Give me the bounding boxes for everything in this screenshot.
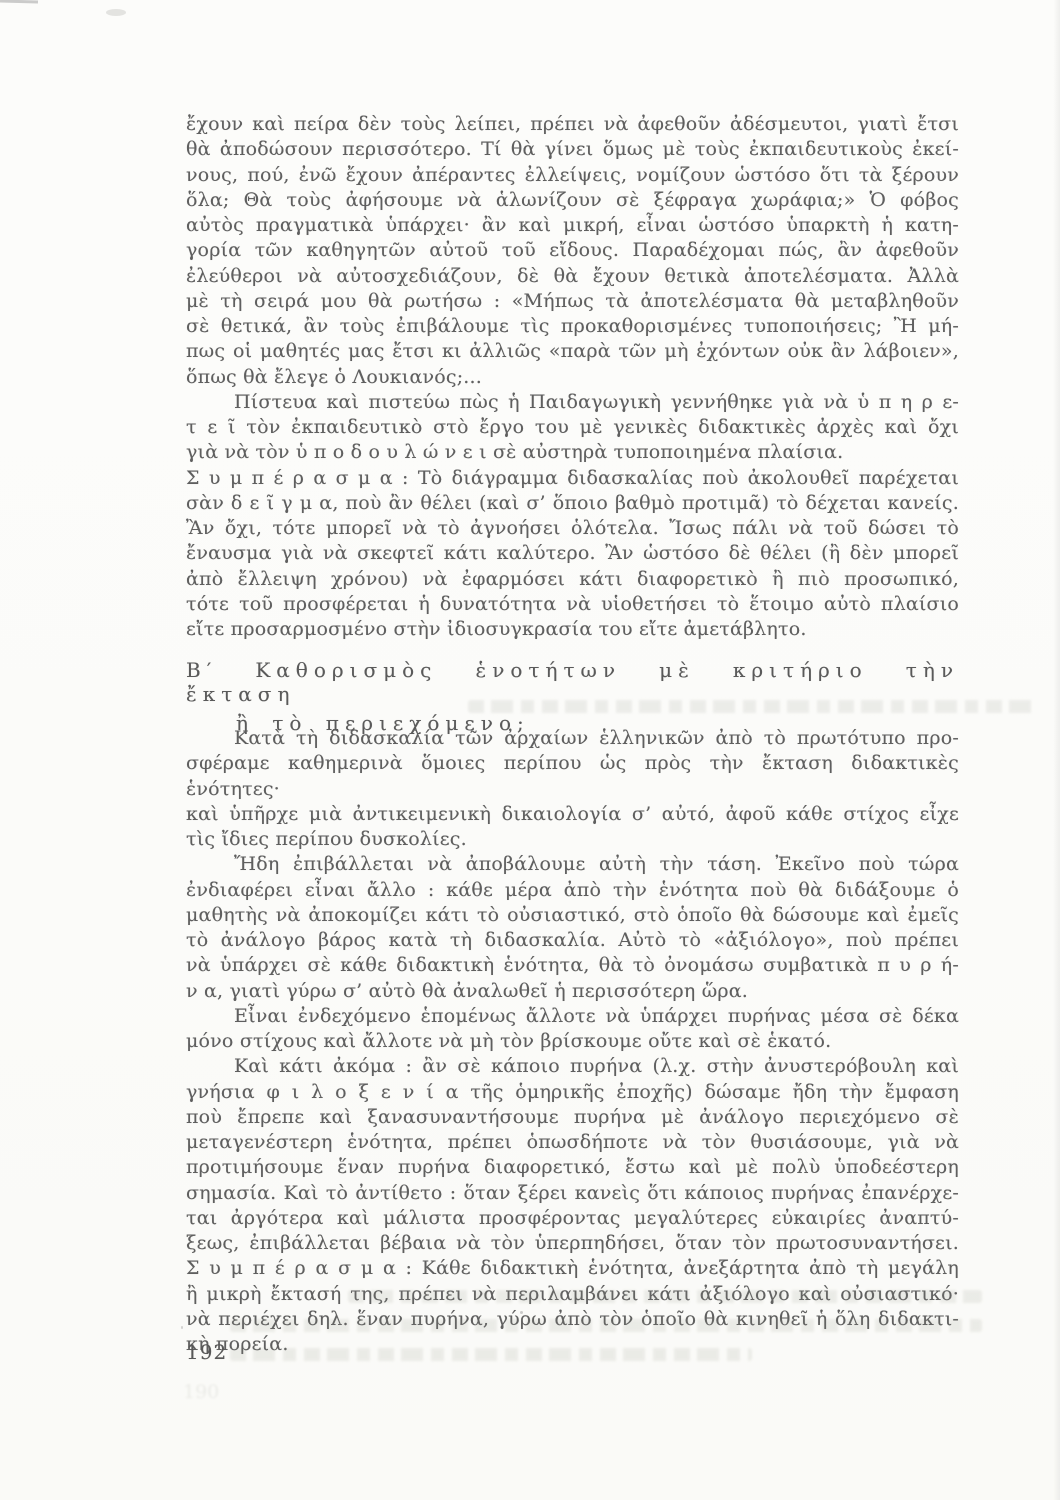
scanned-book-page: ἔχουν καὶ πείρα δὲν τοὺς λείπει, πρέπει … (0, 0, 1060, 1500)
scan-smudge-artifact (106, 9, 126, 16)
text-line: γιὰ νὰ τὸν ὑ π ο δ ο υ λ ώ ν ε ι σὲ αὐστ… (186, 440, 959, 465)
scan-speck-artifact (520, 1311, 523, 1314)
text-line: ἐνδιαφέρει εἶναι ἄλλο : κάθε μέρα ἀπὸ τὴ… (186, 878, 959, 903)
text-line: θὰ ἀποδώσουν περισσότερο. Τί θὰ γίνει ὅμ… (186, 137, 959, 162)
text-line: τὸ ἀνάλογο βάρος κατὰ τὴ διδασκαλία. Αὐτ… (186, 928, 959, 953)
text-line: Ἂν ὄχι, τότε μπορεῖ νὰ τὸ ἀγνοήσει ὁλότε… (186, 516, 959, 541)
text-line: ὅπως θὰ ἔλεγε ὁ Λουκιανός;... (186, 365, 959, 390)
text-line: ἔχουν καὶ πείρα δὲν τοὺς λείπει, πρέπει … (186, 112, 959, 137)
text-line: σφέραμε καθημερινὰ ὅμοιες περίπου ὡς πρὸ… (186, 751, 959, 802)
text-line: σὲ θετικά, ἂν τοὺς ἐπιβάλουμε τὶς προκαθ… (186, 314, 959, 339)
page-number: 192 (186, 1340, 227, 1364)
text-line: μεταγενέστερη ἑνότητα, πρέπει ὁπωσδήποτε… (186, 1130, 959, 1155)
text-line: Εἶναι ἐνδεχόμενο ἑπομένως ἄλλοτε νὰ ὑπάρ… (186, 1004, 959, 1029)
text-line: κὴ πορεία. (186, 1332, 959, 1357)
section-heading: Β′ Καθορισμὸς ἑνοτήτων μὲ κριτήριο τὴν ἔ… (186, 658, 959, 735)
text-line: μὲ τὴ σειρά μου θὰ ρωτήσω : «Μήπως τὰ ἀπ… (186, 289, 959, 314)
text-line: ἐλεύθεροι νὰ αὐτοσχεδιάζουν, δὲ θὰ ἔχουν… (186, 264, 959, 289)
text-line: πως οἱ μαθητές μας ἔτσι κι ἀλλιῶς «παρὰ … (186, 339, 959, 364)
text-line: ποὺ ἔπρεπε καὶ ξανασυναντήσουμε πυρήνα μ… (186, 1105, 959, 1130)
text-line: αὐτὸς πραγματικὰ ὑπάρχει· ἂν καὶ μικρή, … (186, 213, 959, 238)
text-line: Πίστευα καὶ πιστεύω πὼς ἡ Παιδαγωγικὴ γε… (186, 390, 959, 415)
text-line: τὶς ἴδιες περίπου δυσκολίες. (186, 827, 959, 852)
text-line: Καὶ κάτι ἀκόμα : ἂν σὲ κάποιο πυρήνα (λ.… (186, 1054, 959, 1079)
body-text-block-bottom: Κατὰ τὴ διδασκαλία τῶν ἀρχαίων ἑλληνικῶν… (186, 726, 959, 1357)
text-line: σημασία. Καὶ τὸ ἀντίθετο : ὅταν ξέρει κα… (186, 1181, 959, 1206)
showthrough-verso-page-number: 190 (183, 1381, 219, 1403)
scan-corner-artifact (0, 0, 38, 3)
text-line: γνήσια φ ι λ ο ξ ε ν ί α τῆς ὁμηρικῆς ἐπ… (186, 1080, 959, 1105)
text-line: ν α, γιατὶ γύρω σ’ αὐτὸ θὰ ἀναλωθεῖ ἡ πε… (186, 979, 959, 1004)
text-line: ξεως, ἐπιβάλλεται βέβαια νὰ τὸν ὑπερπηδή… (186, 1231, 959, 1256)
text-line: ἢ μικρὴ ἔκτασή της, πρέπει νὰ περιλαμβάν… (186, 1282, 959, 1307)
text-line: ἀπὸ ἔλλειψη χρόνου) νὰ ἐφαρμόσει κάτι δι… (186, 567, 959, 592)
section-heading-line-1: Β′ Καθορισμὸς ἑνοτήτων μὲ κριτήριο τὴν ἔ… (186, 658, 959, 706)
text-line: ται ἀργότερα καὶ μάλιστα προσφέροντας με… (186, 1206, 959, 1231)
text-line: εἴτε προσαρμοσμένο στὴν ἰδιοσυγκρασία το… (186, 617, 959, 642)
text-line: τ ε ῖ τὸν ἐκπαιδευτικὸ στὸ ἔργο του μὲ γ… (186, 415, 959, 440)
text-line: Σ υ μ π έ ρ α σ μ α : Κάθε διδακτικὴ ἑνό… (186, 1256, 959, 1281)
text-line: ὅλα; Θὰ τοὺς ἀφήσουμε νὰ ἁλωνίζουν σὲ ξέ… (186, 188, 959, 213)
body-text-block-top: ἔχουν καὶ πείρα δὲν τοὺς λείπει, πρέπει … (186, 112, 959, 642)
text-line: νὰ περιέχει δηλ. ἕναν πυρήνα, γύρω ἀπὸ τ… (186, 1307, 959, 1332)
text-line: μόνο στίχους καὶ ἄλλοτε νὰ μὴ τὸν βρίσκο… (186, 1029, 959, 1054)
text-line: σὰν δ ε ῖ γ μ α, ποὺ ἂν θέλει (καὶ σ’ ὅπ… (186, 491, 959, 516)
text-line: προτιμήσουμε ἕναν πυρήνα διαφορετικό, ἔσ… (186, 1155, 959, 1180)
text-line: καὶ ὑπῆρχε μιὰ ἀντικειμενικὴ δικαιολογία… (186, 802, 959, 827)
text-line: νους, πού, ἐνῶ ἔχουν ἀπέραντες ἐλλείψεις… (186, 163, 959, 188)
text-line: Ἤδη ἐπιβάλλεται νὰ ἀποβάλουμε αὐτὴ τὴν τ… (186, 852, 959, 877)
text-line: ἔναυσμα γιὰ νὰ σκεφτεῖ κάτι καλύτερο. Ἂν… (186, 541, 959, 566)
text-line: τότε τοῦ προσφέρεται ἡ δυνατότητα νὰ υἱο… (186, 592, 959, 617)
text-line: Κατὰ τὴ διδασκαλία τῶν ἀρχαίων ἑλληνικῶν… (186, 726, 959, 751)
text-line: μαθητὴς νὰ ἀποκομίζει κάτι τὸ οὐσιαστικό… (186, 903, 959, 928)
scan-speck-artifact (181, 1326, 183, 1329)
text-line: γορία τῶν καθηγητῶν αὐτοῦ τοῦ εἴδους. Πα… (186, 238, 959, 263)
text-line: Σ υ μ π έ ρ α σ μ α : Τὸ διάγραμμα διδασ… (186, 466, 959, 491)
text-line: νὰ ὑπάρχει σὲ κάθε διδακτικὴ ἑνότητα, θὰ… (186, 953, 959, 978)
